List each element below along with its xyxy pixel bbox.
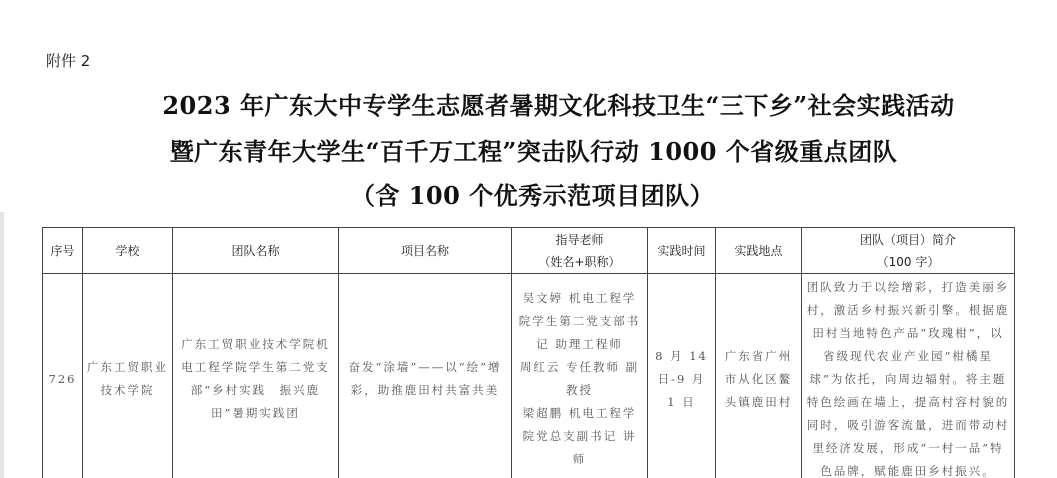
cell-team-name: 广东工贸职业技术学院机电工程学院学生第二党支部“乡村实践 振兴鹿田”暑期实践团 (173, 274, 339, 478)
header-intro-line1: 团队（项目）简介 (806, 229, 1010, 251)
header-intro-line2: （100 字） (806, 251, 1010, 273)
cell-school: 广东工贸职业技术学院 (83, 274, 173, 478)
header-location: 实践地点 (716, 228, 802, 274)
cell-index: 726 (43, 274, 83, 478)
header-index: 序号 (43, 228, 83, 274)
header-intro: 团队（项目）简介 （100 字） (802, 228, 1015, 274)
teams-table: 序号 学校 团队名称 项目名称 指导老师 （姓名+职称） 实践时间 实践地点 团… (42, 227, 1015, 478)
table-row: 726 广东工贸职业技术学院 广东工贸职业技术学院机电工程学院学生第二党支部“乡… (43, 274, 1015, 478)
advisor-2: 周红云 专任教师 副教授 (516, 356, 643, 402)
cell-intro: 团队致力于以绘增彩，打造美丽乡村，激活乡村振兴新引擎。根据鹿田村当地特色产品“玫… (802, 274, 1015, 478)
cell-time: 8 月 14 日-9 月 1 日 (648, 274, 716, 478)
page-edge-shadow (0, 212, 4, 478)
cell-advisors: 吴文婷 机电工程学院学生第二党支部书记 助理工程师 周红云 专任教师 副教授 梁… (512, 274, 648, 478)
header-advisor-line1: 指导老师 (516, 229, 643, 251)
header-advisor-line2: （姓名+职称） (516, 251, 643, 273)
cell-location: 广东省广州市从化区鳌头镇鹿田村 (716, 274, 802, 478)
title-line-3: （含 100 个优秀示范项目团队） (4, 176, 1057, 211)
attachment-label: 附件 2 (46, 50, 90, 71)
table-header-row: 序号 学校 团队名称 项目名称 指导老师 （姓名+职称） 实践时间 实践地点 团… (43, 228, 1015, 274)
title-line-1: 2023 年广东大中专学生志愿者暑期文化科技卫生“三下乡”社会实践活动 (30, 86, 1057, 121)
advisor-3: 梁超鹏 机电工程学院党总支副书记 讲师 (516, 402, 643, 471)
header-time: 实践时间 (648, 228, 716, 274)
title-line-2: 暨广东青年大学生“百千万工程”突击队行动 1000 个省级重点团队 (5, 132, 1057, 167)
header-team-name: 团队名称 (173, 228, 339, 274)
header-advisor: 指导老师 （姓名+职称） (512, 228, 648, 274)
header-project-name: 项目名称 (339, 228, 512, 274)
cell-project-name: 奋发“涂墙”——以“绘”增彩，助推鹿田村共富共美 (339, 274, 512, 478)
header-school: 学校 (83, 228, 173, 274)
advisor-1: 吴文婷 机电工程学院学生第二党支部书记 助理工程师 (516, 287, 643, 356)
